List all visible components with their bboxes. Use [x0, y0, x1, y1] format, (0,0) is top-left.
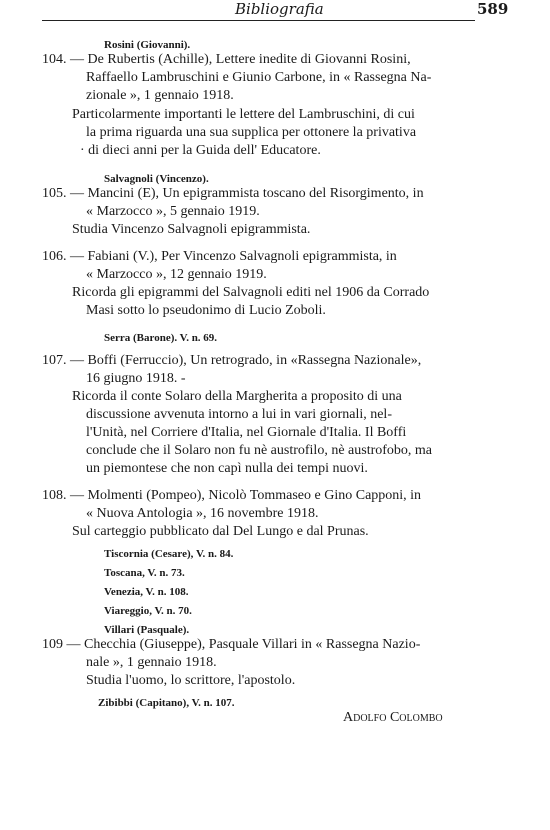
text-line: Rosini (Giovanni).: [104, 37, 190, 53]
text-line: 109 — Checchia (Giuseppe), Pasquale Vill…: [42, 637, 420, 653]
text-line: Serra (Barone). V. n. 69.: [104, 330, 217, 346]
text-line: 105. — Mancini (E), Un epigrammista tosc…: [42, 186, 424, 202]
running-header-title: Bibliografia: [235, 0, 324, 18]
text-line: 108. — Molmenti (Pompeo), Nicolò Tommase…: [42, 488, 421, 504]
text-line: Viareggio, V. n. 70.: [104, 603, 192, 619]
text-line: nale », 1 gennaio 1918.: [86, 655, 217, 671]
text-line: Sul carteggio pubblicato dal Del Lungo e…: [72, 524, 369, 540]
text-line: « Marzocco », 5 gennaio 1919.: [86, 204, 260, 220]
text-line: Ricorda il conte Solaro della Margherita…: [72, 389, 402, 405]
text-line: Ricorda gli epigrammi del Salvagnoli edi…: [72, 285, 429, 301]
text-line: Venezia, V. n. 108.: [104, 584, 188, 600]
text-line: zionale », 1 gennaio 1918.: [86, 88, 234, 104]
book-page: Bibliografia 589 Rosini (Giovanni).104. …: [0, 0, 550, 830]
text-line: conclude che il Solaro non fu nè austrof…: [86, 443, 432, 459]
text-line: la prima riguarda una sua supplica per o…: [86, 125, 416, 141]
text-line: · di dieci anni per la Guida dell' Educa…: [80, 143, 321, 159]
text-line: un piemontese che non capì nulla dei tem…: [86, 461, 368, 477]
text-line: discussione avvenuta intorno a lui in va…: [86, 407, 392, 423]
text-line: Villari (Pasquale).: [104, 622, 189, 638]
text-line: Toscana, V. n. 73.: [104, 565, 185, 581]
text-line: Masi sotto lo pseudonimo di Lucio Zoboli…: [86, 303, 326, 319]
text-line: 104. — De Rubertis (Achille), Lettere in…: [42, 52, 411, 68]
page-number: 589: [477, 0, 508, 18]
text-line: 16 giugno 1918. -: [86, 371, 186, 387]
text-line: Particolarmente importanti le lettere de…: [72, 107, 415, 123]
text-line: Studia l'uomo, lo scrittore, l'apostolo.: [86, 673, 295, 689]
text-line: l'Unità, nel Corriere d'Italia, nel Gior…: [86, 425, 406, 441]
text-line: Adolfo Colombo: [343, 710, 443, 726]
text-line: Zibibbi (Capitano), V. n. 107.: [98, 695, 235, 711]
text-line: 106. — Fabiani (V.), Per Vincenzo Salvag…: [42, 249, 397, 265]
text-line: Tiscornia (Cesare), V. n. 84.: [104, 546, 233, 562]
text-line: « Nuova Antologia », 16 novembre 1918.: [86, 506, 319, 522]
text-line: Raffaello Lambruschini e Giunio Carbone,…: [86, 70, 431, 86]
text-line: « Marzocco », 12 gennaio 1919.: [86, 267, 267, 283]
header-rule: [42, 20, 475, 21]
text-line: Studia Vincenzo Salvagnoli epigrammista.: [72, 222, 310, 238]
text-line: 107. — Boffi (Ferruccio), Un retrogrado,…: [42, 353, 421, 369]
text-line: Salvagnoli (Vincenzo).: [104, 171, 209, 187]
